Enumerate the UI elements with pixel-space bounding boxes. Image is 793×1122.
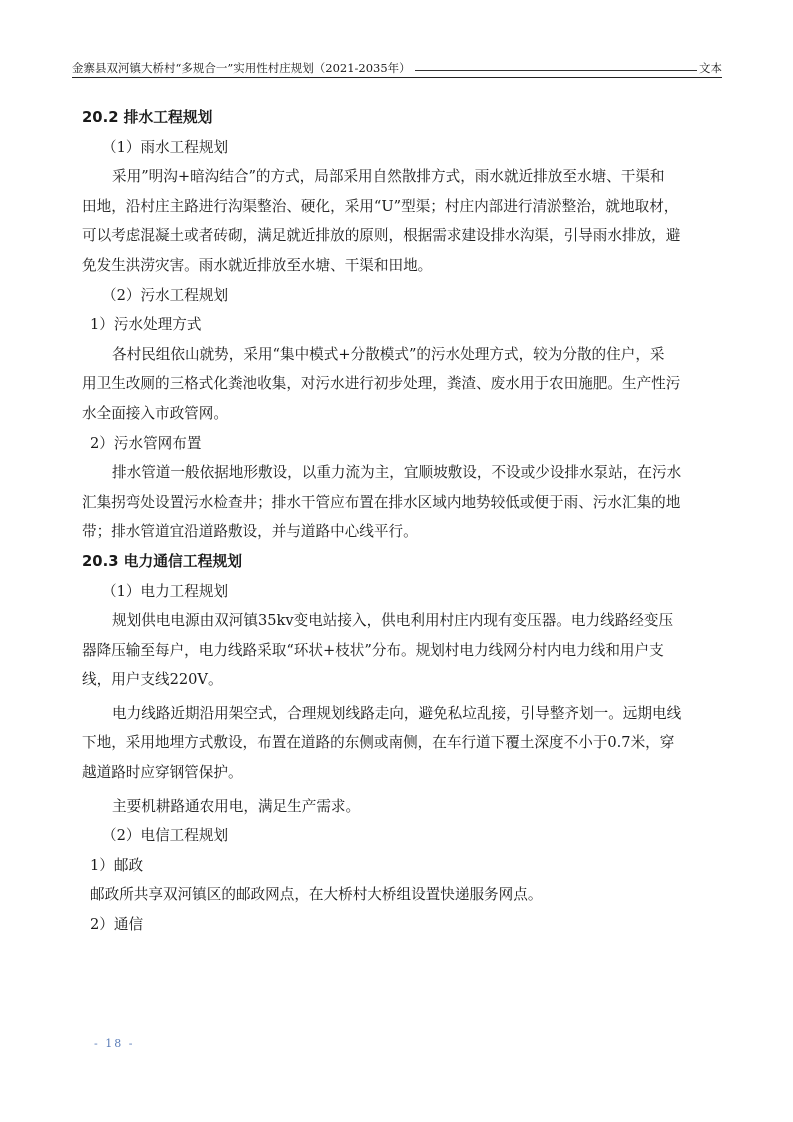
subsection-title: （1）电力工程规划	[82, 577, 708, 607]
paragraph-line: 田地，沿村庄主路进行沟渠整治、硬化，采用“U”型渠；村庄内部进行清淤整治，就地取…	[82, 192, 708, 222]
paragraph-line: 免发生洪涝灾害。雨水就近排放至水塘、干渠和田地。	[82, 251, 708, 281]
paragraph-line: 电力线路近期沿用架空式，合理规划线路走向，避免私垃乱接，引导整齐划一。远期电线	[82, 699, 708, 729]
header-title: 金寨县双河镇大桥村“多规合一”实用性村庄规划（2021-2035年）	[72, 60, 411, 76]
header-doc-type: 文本	[699, 60, 722, 76]
section-heading: 20.3 电力通信工程规划	[82, 547, 708, 577]
subsection-title: （1）雨水工程规划	[82, 133, 708, 163]
paragraph-line: 汇集拐弯处设置污水检查井；排水干管应布置在排水区域内地势较低或便于雨、污水汇集的…	[82, 488, 708, 518]
header-rule	[415, 62, 697, 71]
subsection-title: （2）污水工程规划	[82, 281, 708, 311]
item-title: 1）污水处理方式	[82, 310, 708, 340]
paragraph-line: 各村民组依山就势，采用“集中模式+分散模式”的污水处理方式，较为分散的住户，采	[82, 340, 708, 370]
section-heading: 20.2 排水工程规划	[82, 103, 708, 133]
subsection-title: （2）电信工程规划	[82, 821, 708, 851]
page-header: 金寨县双河镇大桥村“多规合一”实用性村庄规划（2021-2035年） 文本	[72, 56, 722, 78]
item-title: 2）污水管网布置	[82, 429, 708, 459]
paragraph-line: 采用”明沟+暗沟结合”的方式，局部采用自然散排方式，雨水就近排放至水塘、干渠和	[82, 162, 708, 192]
paragraph-line: 主要机耕路通农用电，满足生产需求。	[82, 792, 708, 822]
paragraph-line: 越道路时应穿钢管保护。	[82, 758, 708, 788]
paragraph-line: 可以考虑混凝土或者砖砌，满足就近排放的原则，根据需求建设排水沟渠，引导雨水排放，…	[82, 221, 708, 251]
paragraph-line: 水全面接入市政管网。	[82, 399, 708, 429]
paragraph-line: 器降压输至每户，电力线路采取“环状+枝状”分布。规划村电力线网分村内电力线和用户…	[82, 636, 708, 666]
paragraph-line: 邮政所共享双河镇区的邮政网点，在大桥村大桥组设置快递服务网点。	[82, 880, 708, 910]
document-body: 20.2 排水工程规划 （1）雨水工程规划 采用”明沟+暗沟结合”的方式，局部采…	[82, 103, 708, 940]
paragraph-line: 带；排水管道宜沿道路敷设，并与道路中心线平行。	[82, 517, 708, 547]
paragraph-line: 线，用户支线220V。	[82, 665, 708, 695]
item-title: 2）通信	[82, 910, 708, 940]
paragraph-line: 下地，采用地埋方式敷设，布置在道路的东侧或南侧，在车行道下覆土深度不小于0.7米…	[82, 728, 708, 758]
paragraph-line: 用卫生改厕的三格式化粪池收集，对污水进行初步处理，粪渣、废水用于农田施肥。生产性…	[82, 369, 708, 399]
paragraph-line: 排水管道一般依据地形敷设，以重力流为主，宜顺坡敷设，不设或少设排水泵站，在污水	[82, 458, 708, 488]
item-title: 1）邮政	[82, 851, 708, 881]
paragraph-line: 规划供电电源由双河镇35kv变电站接入，供电利用村庄内现有变压器。电力线路经变压	[82, 606, 708, 636]
page-number: - 18 -	[94, 1037, 134, 1050]
